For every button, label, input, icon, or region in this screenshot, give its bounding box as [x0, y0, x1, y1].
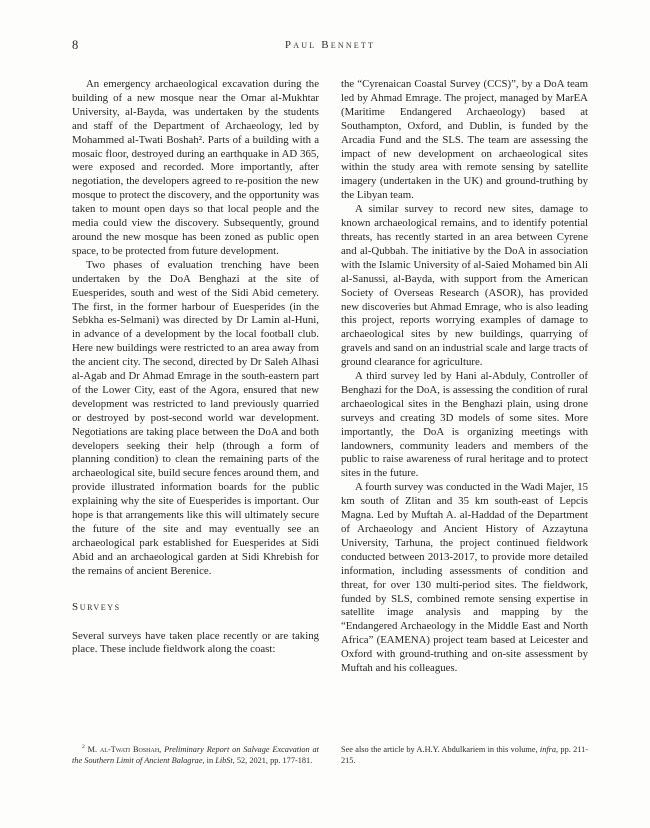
paragraph-surveys-intro: Several surveys have taken place recentl…	[72, 630, 319, 658]
left-column: An emergency archaeological excavation d…	[72, 78, 319, 676]
paragraph-evaluation-trenching: Two phases of evaluation trenching have …	[72, 259, 319, 579]
footnote-cross-reference: See also the article by A.H.Y. Abdulkari…	[341, 744, 588, 766]
footnotes: 2 M. al-Twati Boshah, Preliminary Report…	[72, 744, 588, 766]
running-head: 8 Paul Bennett	[72, 38, 588, 54]
running-header-author: Paul Bennett	[72, 39, 588, 51]
article-body: An emergency archaeological excavation d…	[72, 78, 588, 676]
paragraph-excavation-mosque: An emergency archaeological excavation d…	[72, 78, 319, 259]
footnote-2-citation: 2 M. al-Twati Boshah, Preliminary Report…	[72, 744, 319, 766]
section-heading-surveys: Surveys	[72, 601, 319, 615]
paragraph-similar-survey: A similar survey to record new sites, da…	[341, 203, 588, 370]
journal-page: 8 Paul Bennett An emergency archaeologic…	[0, 0, 650, 828]
paragraph-third-survey: A third survey led by Hani al-Abduly, Co…	[341, 370, 588, 481]
right-column: the “Cyrenaican Coastal Survey (CCS)”, b…	[341, 78, 588, 676]
paragraph-fourth-survey: A fourth survey was conducted in the Wad…	[341, 481, 588, 676]
paragraph-coastal-survey: the “Cyrenaican Coastal Survey (CCS)”, b…	[341, 78, 588, 203]
